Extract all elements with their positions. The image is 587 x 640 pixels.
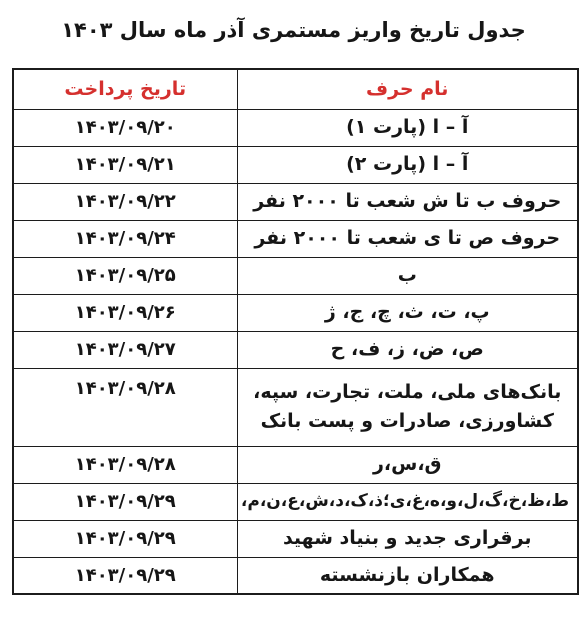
name-cell: پ، ت، ث، چ، ج، ژ	[237, 294, 578, 331]
name-cell: حروف ص تا ی شعب تا ۲۰۰۰ نفر	[237, 220, 578, 257]
name-cell: حروف ب تا ش شعب تا ۲۰۰۰ نفر	[237, 183, 578, 220]
table-row: حروف ص تا ی شعب تا ۲۰۰۰ نفر ۱۴۰۳/۰۹/۲۴	[13, 220, 578, 257]
page-title: جدول تاریخ واریز مستمری آذر ماه سال ۱۴۰۳	[0, 0, 587, 60]
name-cell: آ – ا (پارت ۲)	[237, 146, 578, 183]
date-cell: ۱۴۰۳/۰۹/۲۸	[13, 368, 237, 446]
header-date: تاریخ پرداخت	[13, 69, 237, 109]
name-cell: بانک‌های ملی، ملت، تجارت، سپه، کشاورزی، …	[237, 368, 578, 446]
name-cell: ق،س،ر	[237, 446, 578, 483]
table-row: پ، ت، ث، چ، ج، ژ ۱۴۰۳/۰۹/۲۶	[13, 294, 578, 331]
name-cell: آ – ا (پارت ۱)	[237, 109, 578, 146]
date-cell: ۱۴۰۳/۰۹/۲۹	[13, 483, 237, 520]
table-body: آ – ا (پارت ۱) ۱۴۰۳/۰۹/۲۰ آ – ا (پارت ۲)…	[13, 109, 578, 594]
table-row: آ – ا (پارت ۱) ۱۴۰۳/۰۹/۲۰	[13, 109, 578, 146]
name-cell: همکاران بازنشسته	[237, 557, 578, 594]
date-cell: ۱۴۰۳/۰۹/۲۶	[13, 294, 237, 331]
date-cell: ۱۴۰۳/۰۹/۲۸	[13, 446, 237, 483]
header-name: نام حرف	[237, 69, 578, 109]
date-cell: ۱۴۰۳/۰۹/۲۵	[13, 257, 237, 294]
date-cell: ۱۴۰۳/۰۹/۲۹	[13, 557, 237, 594]
date-cell: ۱۴۰۳/۰۹/۲۹	[13, 520, 237, 557]
date-cell: ۱۴۰۳/۰۹/۲۰	[13, 109, 237, 146]
table-row: ب ۱۴۰۳/۰۹/۲۵	[13, 257, 578, 294]
date-cell: ۱۴۰۳/۰۹/۲۱	[13, 146, 237, 183]
table-row: حروف ب تا ش شعب تا ۲۰۰۰ نفر ۱۴۰۳/۰۹/۲۲	[13, 183, 578, 220]
table-row: آ – ا (پارت ۲) ۱۴۰۳/۰۹/۲۱	[13, 146, 578, 183]
table-row: ق،س،ر ۱۴۰۳/۰۹/۲۸	[13, 446, 578, 483]
name-cell: ص، ض، ز، ف، ح	[237, 331, 578, 368]
table-row: همکاران بازنشسته ۱۴۰۳/۰۹/۲۹	[13, 557, 578, 594]
table-row: برقراری جدید و بنیاد شهید ۱۴۰۳/۰۹/۲۹	[13, 520, 578, 557]
name-cell: ط،ظ،خ،گ،ل،و،ه،غ،ی؛ذ،ک،د،ش،ع،ن،م،	[237, 483, 578, 520]
table-row: ص، ض، ز، ف، ح ۱۴۰۳/۰۹/۲۷	[13, 331, 578, 368]
date-cell: ۱۴۰۳/۰۹/۲۴	[13, 220, 237, 257]
date-cell: ۱۴۰۳/۰۹/۲۲	[13, 183, 237, 220]
table-header-row: نام حرف تاریخ پرداخت	[13, 69, 578, 109]
payments-table: نام حرف تاریخ پرداخت آ – ا (پارت ۱) ۱۴۰۳…	[12, 68, 579, 595]
table-row: ط،ظ،خ،گ،ل،و،ه،غ،ی؛ذ،ک،د،ش،ع،ن،م، ۱۴۰۳/۰۹…	[13, 483, 578, 520]
table-row: بانک‌های ملی، ملت، تجارت، سپه، کشاورزی، …	[13, 368, 578, 446]
date-cell: ۱۴۰۳/۰۹/۲۷	[13, 331, 237, 368]
name-cell: برقراری جدید و بنیاد شهید	[237, 520, 578, 557]
name-cell: ب	[237, 257, 578, 294]
